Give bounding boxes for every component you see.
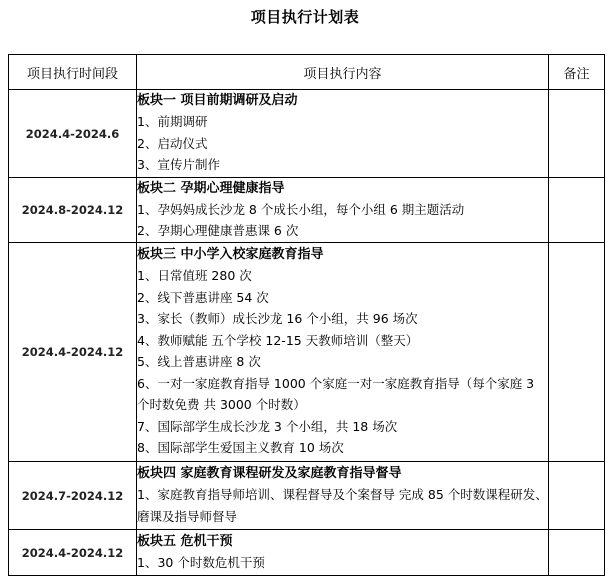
period-cell: 2024.4-2024.12 <box>9 243 137 462</box>
list-item: 3、家长（教师）成长沙龙 16 个小组，共 96 场次 <box>137 308 548 330</box>
execution-plan-table: 项目执行时间段 项目执行内容 备注 2024.4-2024.6 板块一 项目前期… <box>8 54 605 576</box>
list-item: 2、孕期心理健康普惠课 6 次 <box>137 220 548 242</box>
note-cell <box>549 243 605 462</box>
note-cell <box>549 462 605 530</box>
list-item: 8、国际部学生爱国主义教育 10 场次 <box>137 437 548 459</box>
table-row: 2024.4-2024.12 板块三 中小学入校家庭教育指导 1、日常值班 28… <box>9 243 605 462</box>
note-cell <box>549 530 605 576</box>
content-cell: 板块四 家庭教育课程研发及家庭教育指导督导 1、家庭教育指导师培训、课程督导及个… <box>137 462 549 530</box>
document-title: 项目执行计划表 <box>0 6 610 28</box>
period-cell: 2024.4-2024.12 <box>9 530 137 576</box>
content-cell: 板块二 孕期心理健康指导 1、孕妈妈成长沙龙 8 个成长小组，每个小组 6 期主… <box>137 178 549 243</box>
list-item: 1、孕妈妈成长沙龙 8 个成长小组，每个小组 6 期主题活动 <box>137 199 548 221</box>
list-item: 6、一对一家庭教育指导 1000 个家庭一对一家庭教育指导（每个家庭 3 个时数… <box>137 373 548 416</box>
list-item: 1、日常值班 280 次 <box>137 265 548 287</box>
header-content: 项目执行内容 <box>137 55 549 90</box>
content-cell: 板块三 中小学入校家庭教育指导 1、日常值班 280 次 2、线下普惠讲座 54… <box>137 243 549 462</box>
table-row: 2024.4-2024.6 板块一 项目前期调研及启动 1、前期调研 2、启动仪… <box>9 90 605 178</box>
block-title: 板块四 家庭教育课程研发及家庭教育指导督导 <box>137 464 548 484</box>
content-cell: 板块五 危机干预 1、30 个时数危机干预 <box>137 530 549 576</box>
note-cell <box>549 90 605 178</box>
list-item: 3、宣传片制作 <box>137 154 548 176</box>
period-cell: 2024.8-2024.12 <box>9 178 137 243</box>
list-item: 1、前期调研 <box>137 111 548 133</box>
block-title: 板块三 中小学入校家庭教育指导 <box>137 245 548 265</box>
note-cell <box>549 178 605 243</box>
list-item: 5、线上普惠讲座 8 次 <box>137 351 548 373</box>
list-item: 7、国际部学生成长沙龙 3 个小组，共 18 场次 <box>137 416 548 438</box>
block-title: 板块五 危机干预 <box>137 532 548 552</box>
header-period: 项目执行时间段 <box>9 55 137 90</box>
list-item: 4、教师赋能 五个学校 12-15 天教师培训（整天） <box>137 330 548 352</box>
period-cell: 2024.7-2024.12 <box>9 462 137 530</box>
table-row: 2024.4-2024.12 板块五 危机干预 1、30 个时数危机干预 <box>9 530 605 576</box>
period-cell: 2024.4-2024.6 <box>9 90 137 178</box>
list-item: 2、启动仪式 <box>137 133 548 155</box>
list-item: 1、30 个时数危机干预 <box>137 552 548 574</box>
content-cell: 板块一 项目前期调研及启动 1、前期调研 2、启动仪式 3、宣传片制作 <box>137 90 549 178</box>
list-item: 2、线下普惠讲座 54 次 <box>137 287 548 309</box>
block-title: 板块二 孕期心理健康指导 <box>137 179 548 199</box>
table-row: 2024.8-2024.12 板块二 孕期心理健康指导 1、孕妈妈成长沙龙 8 … <box>9 178 605 243</box>
block-title: 板块一 项目前期调研及启动 <box>137 91 548 111</box>
header-note: 备注 <box>549 55 605 90</box>
header-row: 项目执行时间段 项目执行内容 备注 <box>9 55 605 90</box>
table-row: 2024.7-2024.12 板块四 家庭教育课程研发及家庭教育指导督导 1、家… <box>9 462 605 530</box>
list-item: 1、家庭教育指导师培训、课程督导及个案督导 完成 85 个时数课程研发、磨课及指… <box>137 484 548 527</box>
